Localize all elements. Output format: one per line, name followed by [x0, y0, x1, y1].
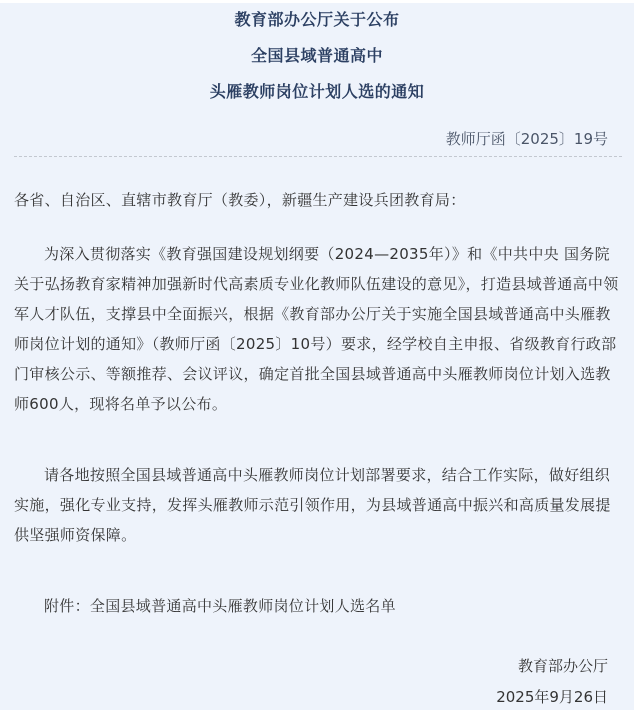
header-divider — [14, 156, 622, 157]
document-number: 教师厅函〔2025〕19号 — [446, 129, 608, 149]
issue-date: 2025年9月26日 — [496, 687, 608, 707]
issuer: 教育部办公厅 — [518, 656, 608, 676]
paragraph-1: 为深入贯彻落实《教育强国建设规划纲要（2024—2035年）》和《中共中央 国务… — [14, 239, 622, 419]
paragraph-2: 请各地按照全国县域普通高中头雁教师岗位计划部署要求，结合工作实际，做好组织实施，… — [14, 460, 622, 550]
attachment-line: 附件：全国县域普通高中头雁教师岗位计划人选名单 — [14, 591, 622, 621]
notice-document: 教育部办公厅关于公布 全国县域普通高中 头雁教师岗位计划人选的通知 教师厅函〔2… — [0, 3, 634, 710]
title-line-3: 头雁教师岗位计划人选的通知 — [0, 82, 634, 102]
salutation: 各省、自治区、直辖市教育厅（教委），新疆生产建设兵团教育局： — [14, 185, 622, 215]
title-line-2: 全国县域普通高中 — [0, 46, 634, 66]
title-line-1: 教育部办公厅关于公布 — [0, 10, 634, 30]
